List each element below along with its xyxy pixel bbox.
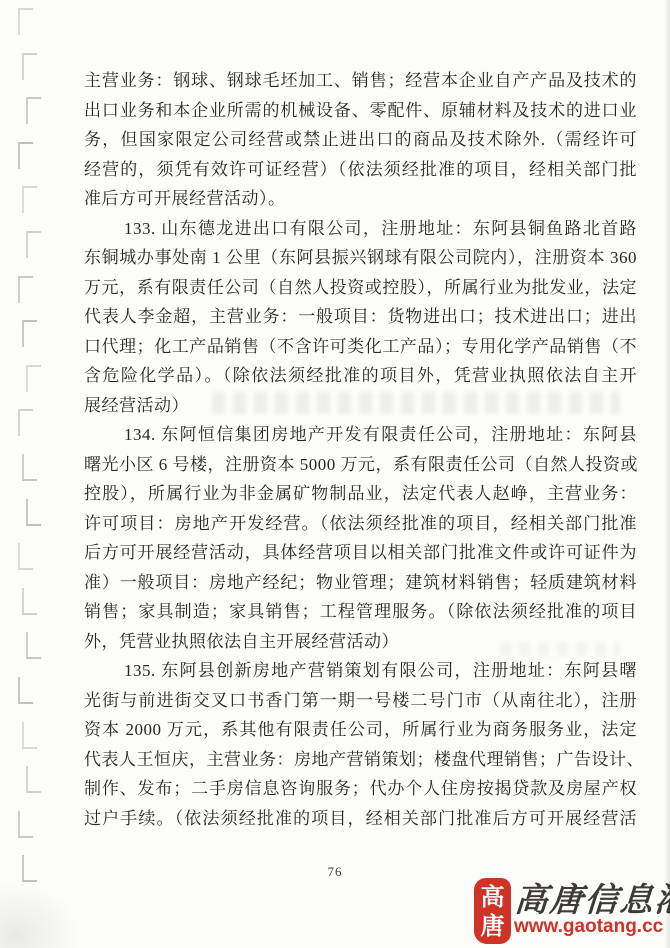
gaotang-watermark: 高 唐 高唐信息港 www.gaotang.cc xyxy=(474,876,670,948)
paragraph: 主营业务：钢球、钢球毛坯加工、销售；经营本企业自产产品及技术的出口业务和本企业所… xyxy=(84,66,637,214)
binding-mark xyxy=(18,543,33,570)
binding-marks xyxy=(0,0,60,948)
text-line: 134. 东阿恒信集团房地产开发有限责任公司，注册地址：东阿县 xyxy=(84,420,637,450)
text-line: 展经营活动） xyxy=(84,391,637,421)
binding-mark xyxy=(18,142,33,169)
text-line: 主营业务：钢球、钢球毛坯加工、销售；经营本企业自产产品及技术的 xyxy=(84,66,637,96)
paragraph: 133. 山东德龙进出口有限公司，注册地址：东阿县铜鱼路北首路东铜城办事处南 1… xyxy=(84,214,637,421)
text-line: 准后方可开展经营活动）。 xyxy=(84,184,637,214)
text-line: 外，凭营业执照依法自主开展经营活动） xyxy=(84,627,637,657)
paragraph: 134. 东阿恒信集团房地产开发有限责任公司，注册地址：东阿县曙光小区 6 号楼… xyxy=(84,420,637,656)
text-line: 光街与前进街交叉口书香门第一期一号楼二号门市（从南往北），注册 xyxy=(84,686,637,716)
binding-mark xyxy=(18,276,33,303)
text-line: 万元，系有限责任公司（自然人投资或控股），所属行业为批发业，法定 xyxy=(84,273,637,303)
text-line: 曙光小区 6 号楼，注册资本 5000 万元，系有限责任公司（自然人投资或 xyxy=(84,450,637,480)
binding-mark xyxy=(22,722,37,749)
binding-mark xyxy=(18,8,33,35)
text-line: 含危险化学品）。（除依法须经批准的项目外，凭营业执照依法自主开 xyxy=(84,361,637,391)
gaotang-seal-icon: 高 唐 xyxy=(474,878,511,944)
text-line: 务，但国家限定公司经营或禁止进出口的商品及技术除外.（需经许可 xyxy=(84,125,637,155)
scan-smudge xyxy=(0,882,80,948)
seal-char-top: 高 xyxy=(481,883,505,911)
gaotang-brand-calligraphy: 高唐信息港 xyxy=(513,874,670,921)
text-line: 出口业务和本企业所需的机械设备、零配件、原辅材料及技术的进口业 xyxy=(84,96,637,126)
binding-mark xyxy=(26,766,41,793)
binding-mark xyxy=(22,320,37,347)
binding-mark xyxy=(18,677,33,704)
text-line: 销售；家具制造；家具销售；工程管理服务。（除依法须经批准的项目 xyxy=(84,597,637,627)
text-line: 135. 东阿县创新房地产营销策划有限公司，注册地址：东阿县曙 xyxy=(84,656,637,686)
text-line: 经营的，须凭有效许可证经营）（依法须经批准的项目，经相关部门批 xyxy=(84,155,637,185)
text-line: 控股），所属行业为非金属矿物制品业，法定代表人赵峥，主营业务： xyxy=(84,479,637,509)
document-body: 主营业务：钢球、钢球毛坯加工、销售；经营本企业自产产品及技术的出口业务和本企业所… xyxy=(84,66,637,833)
binding-mark xyxy=(22,454,37,481)
text-line: 资本 2000 万元，系其他有限责任公司，所属行业为商务服务业，法定 xyxy=(84,715,637,745)
seal-char-bottom: 唐 xyxy=(481,912,505,940)
text-line: 准）一般项目：房地产经纪；物业管理；建筑材料销售；轻质建筑材料 xyxy=(84,568,637,598)
gaotang-url: www.gaotang.cc xyxy=(514,916,663,938)
paragraph: 135. 东阿县创新房地产营销策划有限公司，注册地址：东阿县曙光街与前进街交叉口… xyxy=(84,656,637,833)
binding-mark xyxy=(26,231,41,258)
text-line: 133. 山东德龙进出口有限公司，注册地址：东阿县铜鱼路北首路 xyxy=(84,214,637,244)
text-line: 过户手续。（依法须经批准的项目，经相关部门批准后方可开展经营活 xyxy=(84,804,637,834)
binding-mark xyxy=(26,97,41,124)
binding-mark xyxy=(26,632,41,659)
text-line: 后方可开展经营活动，具体经营项目以相关部门批准文件或许可证件为 xyxy=(84,538,637,568)
binding-mark xyxy=(26,365,41,392)
text-line: 东铜城办事处南 1 公里（东阿县振兴钢球有限公司院内），注册资本 360 xyxy=(84,243,637,273)
scan-edge-shadow xyxy=(665,0,670,948)
text-line: 代表人王恒庆，主营业务：房地产营销策划；楼盘代理销售；广告设计、 xyxy=(84,745,637,775)
binding-mark xyxy=(22,53,37,80)
binding-mark xyxy=(22,186,37,213)
text-line: 许可项目：房地产开发经营。（依法须经批准的项目，经相关部门批准 xyxy=(84,509,637,539)
binding-mark xyxy=(18,811,33,838)
text-line: 口代理；化工产品销售（不含许可类化工产品）；专用化学产品销售（不 xyxy=(84,332,637,362)
text-line: 代表人李金超，主营业务：一般项目：货物进出口；技术进出口；进出 xyxy=(84,302,637,332)
binding-mark xyxy=(22,588,37,615)
binding-mark xyxy=(18,409,33,436)
text-line: 制作、发布；二手房信息咨询服务；代办个人住房按揭贷款及房屋产权 xyxy=(84,774,637,804)
binding-mark xyxy=(26,499,41,526)
scanned-document-page: 主营业务：钢球、钢球毛坯加工、销售；经营本企业自产产品及技术的出口业务和本企业所… xyxy=(0,0,670,948)
